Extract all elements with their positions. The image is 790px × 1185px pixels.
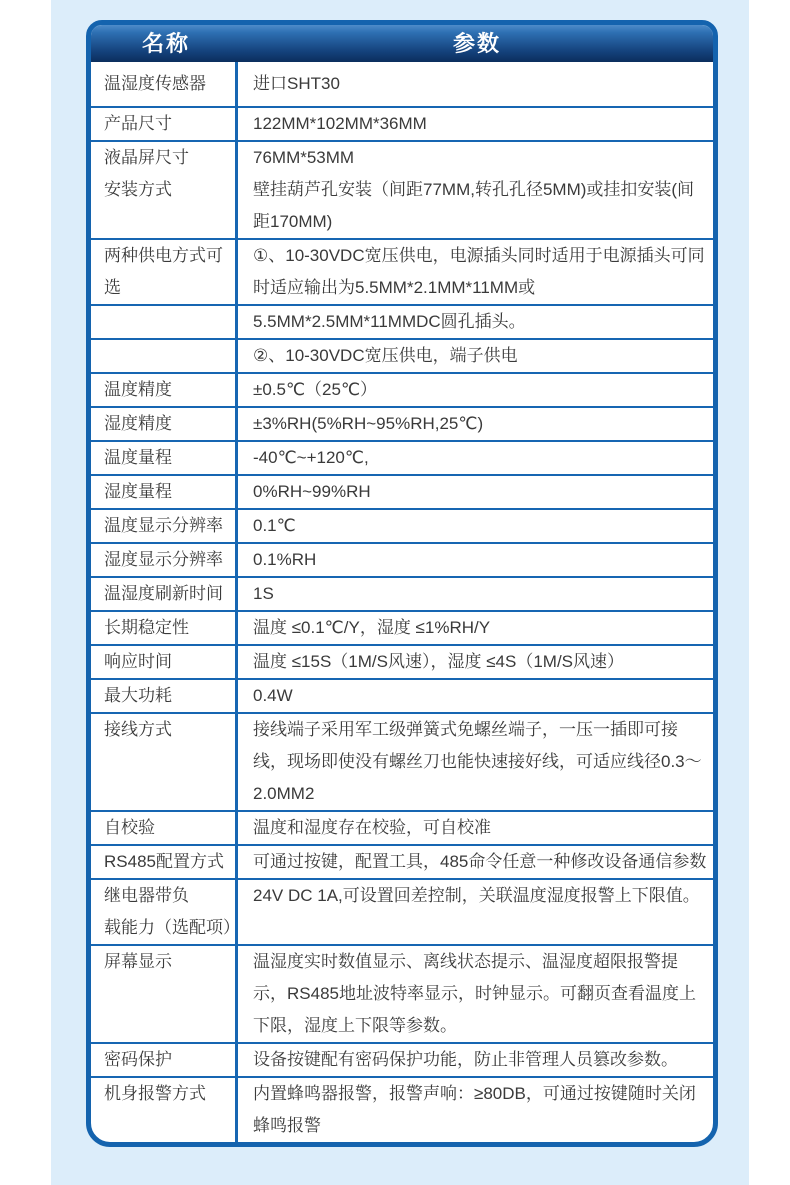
row-name-cell: 温湿度刷新时间 [91, 578, 238, 610]
table-row: 机身报警方式 内置蜂鸣器报警，报警声响：≥80DB，可通过按键随时关闭蜂鸣报警 [91, 1076, 713, 1142]
row-name-cell: 自校验 [91, 812, 238, 844]
row-name-cell: 液晶屏尺寸 安装方式 [91, 142, 238, 238]
table-row: 长期稳定性 温度 ≤0.1℃/Y，湿度 ≤1%RH/Y [91, 610, 713, 644]
table-row: 屏幕显示 温湿度实时数值显示、离线状态提示、温湿度超限报警提示，RS485地址波… [91, 944, 713, 1042]
table-row: 最大功耗 0.4W [91, 678, 713, 712]
row-name-cell: 长期稳定性 [91, 612, 238, 644]
row-value-cell: 5.5MM*2.5MM*11MMDC圆孔插头。 [238, 306, 713, 338]
row-value-cell: -40℃~+120℃, [238, 442, 713, 474]
row-value-cell: 0.1%RH [238, 544, 713, 576]
row-name-cell: 密码保护 [91, 1044, 238, 1076]
table-header: 名称 参数 [91, 25, 713, 62]
row-name-cell: 机身报警方式 [91, 1078, 238, 1142]
row-value-cell: 接线端子采用军工级弹簧式免螺丝端子，一压一插即可接线，现场即使没有螺丝刀也能快速… [238, 714, 713, 810]
table-row: 密码保护 设备按键配有密码保护功能，防止非管理人员篡改参数。 [91, 1042, 713, 1076]
row-value-cell: 1S [238, 578, 713, 610]
table-row: 湿度量程 0%RH~99%RH [91, 474, 713, 508]
row-value-cell: 122MM*102MM*36MM [238, 108, 713, 140]
table-row: 温度显示分辨率 0.1℃ [91, 508, 713, 542]
row-name-cell: RS485配置方式 [91, 846, 238, 878]
table-row: 温度精度 ±0.5℃（25℃） [91, 372, 713, 406]
row-name-cell: 继电器带负 载能力（选配项） [91, 880, 238, 944]
table-row: ②、10-30VDC宽压供电，端子供电 [91, 338, 713, 372]
row-name-cell: 湿度量程 [91, 476, 238, 508]
row-name-cell: 接线方式 [91, 714, 238, 810]
table-row: 接线方式 接线端子采用军工级弹簧式免螺丝端子，一压一插即可接线，现场即使没有螺丝… [91, 712, 713, 810]
row-value-cell: 76MM*53MM 壁挂葫芦孔安装（间距77MM,转孔孔径5MM)或挂扣安装(间… [238, 142, 713, 238]
table-row: RS485配置方式 可通过按键，配置工具，485命令任意一种修改设备通信参数 [91, 844, 713, 878]
table-body: 温湿度传感器 进口SHT30 产品尺寸 122MM*102MM*36MM 液晶屏… [91, 62, 713, 1142]
spec-table: 名称 参数 温湿度传感器 进口SHT30 产品尺寸 122MM*102MM*36… [86, 20, 718, 1147]
row-value-cell: ±3%RH(5%RH~95%RH,25℃) [238, 408, 713, 440]
table-row: 温度量程 -40℃~+120℃, [91, 440, 713, 474]
row-value-cell: ①、10-30VDC宽压供电，电源插头同时适用于电源插头可同时适应输出为5.5M… [238, 240, 713, 304]
row-value-cell: 温度 ≤0.1℃/Y，湿度 ≤1%RH/Y [238, 612, 713, 644]
row-value-cell: 进口SHT30 [238, 62, 713, 106]
row-name-cell: 两种供电方式可选 [91, 240, 238, 304]
row-name-cell: 温度显示分辨率 [91, 510, 238, 542]
table-row: 液晶屏尺寸 安装方式 76MM*53MM 壁挂葫芦孔安装（间距77MM,转孔孔径… [91, 140, 713, 238]
row-name-cell: 响应时间 [91, 646, 238, 678]
table-row: 温湿度传感器 进口SHT30 [91, 62, 713, 106]
table-row: 湿度显示分辨率 0.1%RH [91, 542, 713, 576]
table-row: 5.5MM*2.5MM*11MMDC圆孔插头。 [91, 304, 713, 338]
row-name-cell: 产品尺寸 [91, 108, 238, 140]
row-value-cell: 可通过按键，配置工具，485命令任意一种修改设备通信参数 [238, 846, 713, 878]
row-name-cell: 温湿度传感器 [91, 62, 238, 106]
row-name-cell: 屏幕显示 [91, 946, 238, 1042]
row-value-cell: 24V DC 1A,可设置回差控制，关联温度湿度报警上下限值。 [238, 880, 713, 944]
header-cell-name: 名称 [91, 25, 241, 62]
table-row: 产品尺寸 122MM*102MM*36MM [91, 106, 713, 140]
row-value-cell: 0.4W [238, 680, 713, 712]
row-name-cell [91, 306, 238, 338]
row-name-cell: 湿度精度 [91, 408, 238, 440]
row-name-cell: 温度量程 [91, 442, 238, 474]
header-cell-param: 参数 [241, 25, 713, 62]
table-row: 响应时间 温度 ≤15S（1M/S风速），湿度 ≤4S（1M/S风速） [91, 644, 713, 678]
row-value-cell: 内置蜂鸣器报警，报警声响：≥80DB，可通过按键随时关闭蜂鸣报警 [238, 1078, 713, 1142]
row-value-cell: ②、10-30VDC宽压供电，端子供电 [238, 340, 713, 372]
table-row: 两种供电方式可选 ①、10-30VDC宽压供电，电源插头同时适用于电源插头可同时… [91, 238, 713, 304]
row-value-cell: 温度和湿度存在校验，可自校准 [238, 812, 713, 844]
table-row: 温湿度刷新时间 1S [91, 576, 713, 610]
row-value-cell: 温度 ≤15S（1M/S风速），湿度 ≤4S（1M/S风速） [238, 646, 713, 678]
row-name-cell [91, 340, 238, 372]
row-value-cell: ±0.5℃（25℃） [238, 374, 713, 406]
row-value-cell: 设备按键配有密码保护功能，防止非管理人员篡改参数。 [238, 1044, 713, 1076]
table-row: 继电器带负 载能力（选配项） 24V DC 1A,可设置回差控制，关联温度湿度报… [91, 878, 713, 944]
table-row: 湿度精度 ±3%RH(5%RH~95%RH,25℃) [91, 406, 713, 440]
row-name-cell: 温度精度 [91, 374, 238, 406]
row-name-cell: 湿度显示分辨率 [91, 544, 238, 576]
row-value-cell: 0%RH~99%RH [238, 476, 713, 508]
table-row: 自校验 温度和湿度存在校验，可自校准 [91, 810, 713, 844]
row-name-cell: 最大功耗 [91, 680, 238, 712]
row-value-cell: 温湿度实时数值显示、离线状态提示、温湿度超限报警提示，RS485地址波特率显示，… [238, 946, 713, 1042]
row-value-cell: 0.1℃ [238, 510, 713, 542]
